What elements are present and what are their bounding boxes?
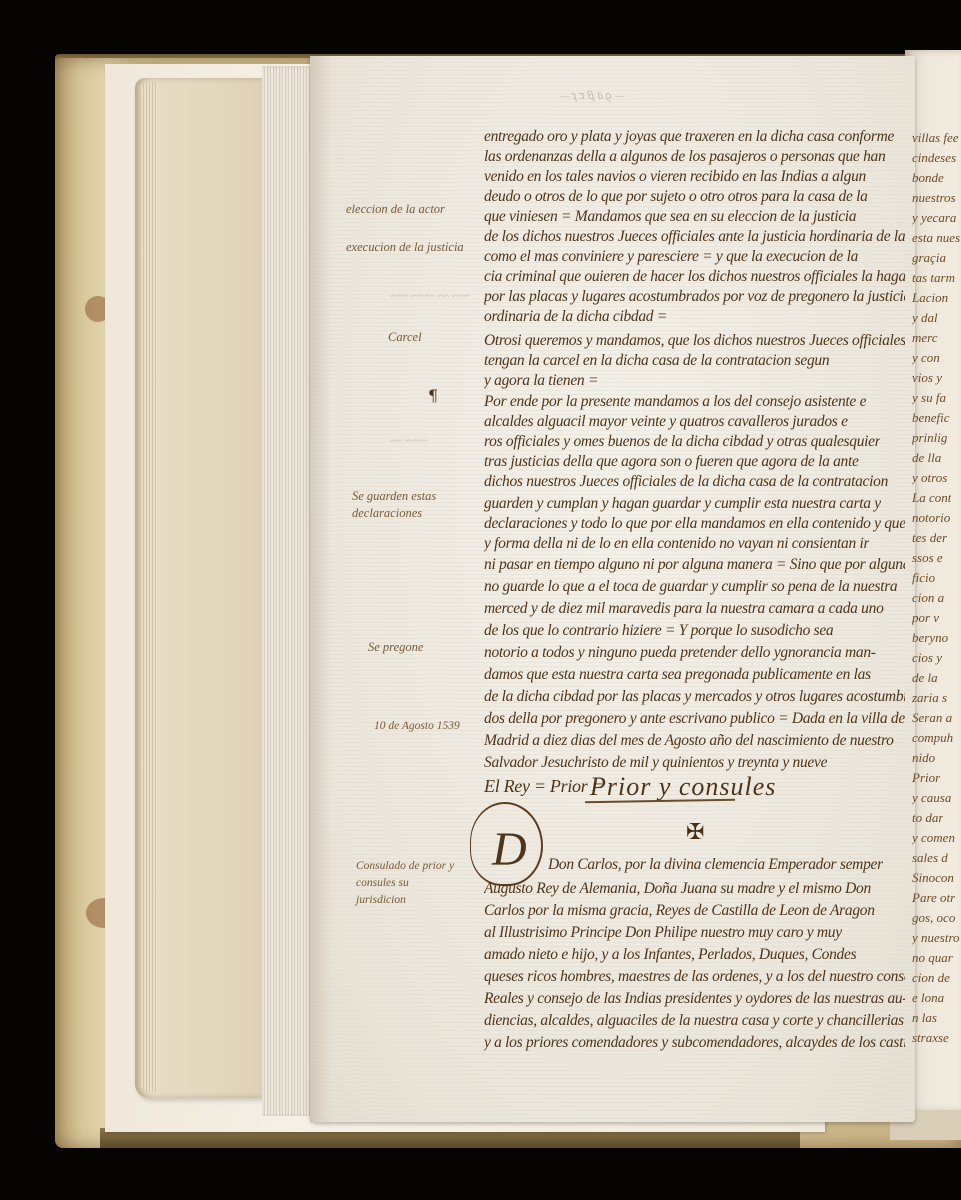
text-line: no guarde lo que a el toca de guardar y … bbox=[484, 578, 897, 596]
next-page-line: Lacion bbox=[912, 290, 948, 306]
text-line: tras justicias della que agora son o fue… bbox=[484, 453, 859, 471]
next-page-line: no quar bbox=[912, 950, 953, 966]
next-page-line: zaria s bbox=[912, 690, 947, 706]
next-page-line: n las bbox=[912, 1010, 937, 1026]
next-page-line: y yecara bbox=[912, 210, 956, 226]
next-page-line: cion de bbox=[912, 970, 950, 986]
signature-line: El Rey = Prior = bbox=[484, 776, 603, 797]
next-page-line: graçia bbox=[912, 250, 946, 266]
bleed-through-text: — ꝯ ḋ ꞵ ꞇ ꝼ — bbox=[560, 88, 625, 103]
text-line: de la dicha cibdad por las placas y merc… bbox=[484, 688, 905, 706]
next-page-line: Prior bbox=[912, 770, 940, 786]
next-page-line: notorio bbox=[912, 510, 950, 526]
next-page-line: cindeses bbox=[912, 150, 956, 166]
margin-note-execucion: execucion de la justicia bbox=[346, 240, 464, 255]
next-page-line: cios y bbox=[912, 650, 942, 666]
next-page-line: ssos e bbox=[912, 550, 943, 566]
next-page-line: Pare otr bbox=[912, 890, 955, 906]
next-page-line: de lla bbox=[912, 450, 941, 466]
text-line: damos que esta nuestra carta sea pregona… bbox=[484, 666, 871, 684]
next-page-line: y dal bbox=[912, 310, 938, 326]
text-line: merced y de diez mil maravedis para la n… bbox=[484, 600, 884, 618]
text-line: declaraciones y todo lo que por ella man… bbox=[484, 515, 905, 533]
next-page-line: y nuestro bbox=[912, 930, 960, 946]
next-page-line: compuh bbox=[912, 730, 953, 746]
next-page-line: nido bbox=[912, 750, 935, 766]
next-page-line: straxse bbox=[912, 1030, 949, 1046]
text-line: ros officiales y omes buenos de la dicha… bbox=[484, 433, 880, 451]
next-page-line: vios y bbox=[912, 370, 942, 386]
text-line: Por ende por la presente mandamos a los … bbox=[484, 393, 866, 411]
text-line: notorio a todos y ninguno pueda pretende… bbox=[484, 644, 876, 662]
text-line: dos della por pregonero y ante escrivano… bbox=[484, 710, 905, 728]
text-line: por las placas y lugares acostumbrados p… bbox=[484, 288, 905, 306]
next-page-line: y causa bbox=[912, 790, 951, 806]
text-line: deudo o otros de lo que por sujeto o otr… bbox=[484, 188, 868, 206]
margin-note-date: 10 de Agosto 1539 bbox=[374, 720, 460, 732]
text-line: amado nieto e hijo, y a los Infantes, Pe… bbox=[484, 946, 856, 964]
next-page-line: y comen bbox=[912, 830, 955, 846]
text-line: de los dichos nuestros Jueces officiales… bbox=[484, 228, 905, 246]
text-line: como el mas conviniere y paresciere = y … bbox=[484, 248, 858, 266]
text-line: Otrosi queremos y mandamos, que los dich… bbox=[484, 332, 905, 350]
next-page-line: beryno bbox=[912, 630, 948, 646]
next-page-line: de la bbox=[912, 670, 938, 686]
next-page-line: La cont bbox=[912, 490, 951, 506]
margin-note-eleccion: eleccion de la actor bbox=[346, 202, 445, 217]
next-page-line: cion a bbox=[912, 590, 944, 606]
bleed-through-text: ~~~~ ~~ bbox=[390, 435, 428, 447]
text-line: Augusto Rey de Alemania, Doña Juana su m… bbox=[484, 880, 871, 898]
cross-symbol-icon: ✠ bbox=[686, 820, 704, 845]
text-line: y forma della ni de lo en ella contenido… bbox=[484, 535, 869, 553]
text-line: Don Carlos, por la divina clemencia Empe… bbox=[548, 856, 883, 874]
next-page-line: gos, oco bbox=[912, 910, 955, 926]
text-line: dichos nuestros Jueces officiales de la … bbox=[484, 473, 888, 491]
text-line: venido en los tales navios o vieren reci… bbox=[484, 168, 866, 186]
text-line: queses ricos hombres, maestres de las or… bbox=[484, 968, 905, 986]
text-line: ordinaria de la dicha cibdad = bbox=[484, 308, 667, 326]
margin-note-guarden: Se guarden estas declaraciones bbox=[352, 488, 447, 522]
text-line: Madrid a diez dias del mes de Agosto año… bbox=[484, 732, 894, 750]
next-page-line: por v bbox=[912, 610, 939, 626]
text-line: cia criminal que ouieren de hacer los di… bbox=[484, 268, 905, 286]
next-page-line: benefic bbox=[912, 410, 950, 426]
next-page-line: Sinocon bbox=[912, 870, 954, 886]
next-page-line: tas tarm bbox=[912, 270, 955, 286]
next-page-line: e lona bbox=[912, 990, 944, 1006]
next-page-line: ficio bbox=[912, 570, 935, 586]
next-page-line: merc bbox=[912, 330, 938, 346]
bleed-through-text: ~~~ ~~ ~~~~ ~~~ bbox=[390, 290, 470, 302]
margin-note-carcel: Carcel bbox=[388, 330, 422, 345]
text-line: y a los priores comendadores y subcomend… bbox=[484, 1034, 905, 1052]
decorated-initial: D bbox=[492, 822, 527, 877]
text-line: que viniesen = Mandamos que sea en su el… bbox=[484, 208, 856, 226]
margin-note-consulado: Consulado de prior y consules su jurisdi… bbox=[356, 858, 456, 909]
text-line: Salvador Jesuchristo de mil y quinientos… bbox=[484, 754, 827, 772]
text-line: diencias, alcaldes, alguaciles de la nue… bbox=[484, 1012, 904, 1030]
next-page-line: y con bbox=[912, 350, 940, 366]
margin-note-pregone: Se pregone bbox=[368, 640, 423, 655]
text-line: al Illustrisimo Principe Don Philipe nue… bbox=[484, 924, 842, 942]
next-page-line: esta nuestra bbox=[912, 230, 960, 246]
next-page-line: y otros bbox=[912, 470, 947, 486]
next-page-line: nuestros bbox=[912, 190, 956, 206]
text-line: guarden y cumplan y hagan guardar y cump… bbox=[484, 495, 881, 513]
section-heading: Prior y consules bbox=[590, 772, 776, 802]
text-line: entregado oro y plata y joyas que traxer… bbox=[484, 128, 894, 146]
next-page-line: Seran a bbox=[912, 710, 952, 726]
text-line: Reales y consejo de las Indias president… bbox=[484, 990, 905, 1008]
text-line: de los que lo contrario hiziere = Y porq… bbox=[484, 622, 833, 640]
next-page-line: to dar bbox=[912, 810, 943, 826]
text-line: ni pasar en tiempo alguno ni por alguna … bbox=[484, 556, 905, 574]
next-page-line: y su fa bbox=[912, 390, 946, 406]
next-page-line: prinlig bbox=[912, 430, 947, 446]
text-line: y agora la tienen = bbox=[484, 372, 598, 390]
text-line: alcaldes alguacil mayor veinte y quatros… bbox=[484, 413, 848, 431]
page-gutter-shadow bbox=[310, 56, 332, 1122]
left-page-stack-edges bbox=[140, 82, 158, 1092]
next-page-line: bonde bbox=[912, 170, 944, 186]
text-line: tengan la carcel en la dicha casa de la … bbox=[484, 352, 829, 370]
paragraph-mark: ¶ bbox=[428, 386, 438, 405]
next-page-line: sales d bbox=[912, 850, 948, 866]
text-line: las ordenanzas della a algunos de los pa… bbox=[484, 148, 885, 166]
text-line: Carlos por la misma gracia, Reyes de Cas… bbox=[484, 902, 875, 920]
next-page-line: villas fee bbox=[912, 130, 959, 146]
next-page-line: tes der bbox=[912, 530, 947, 546]
